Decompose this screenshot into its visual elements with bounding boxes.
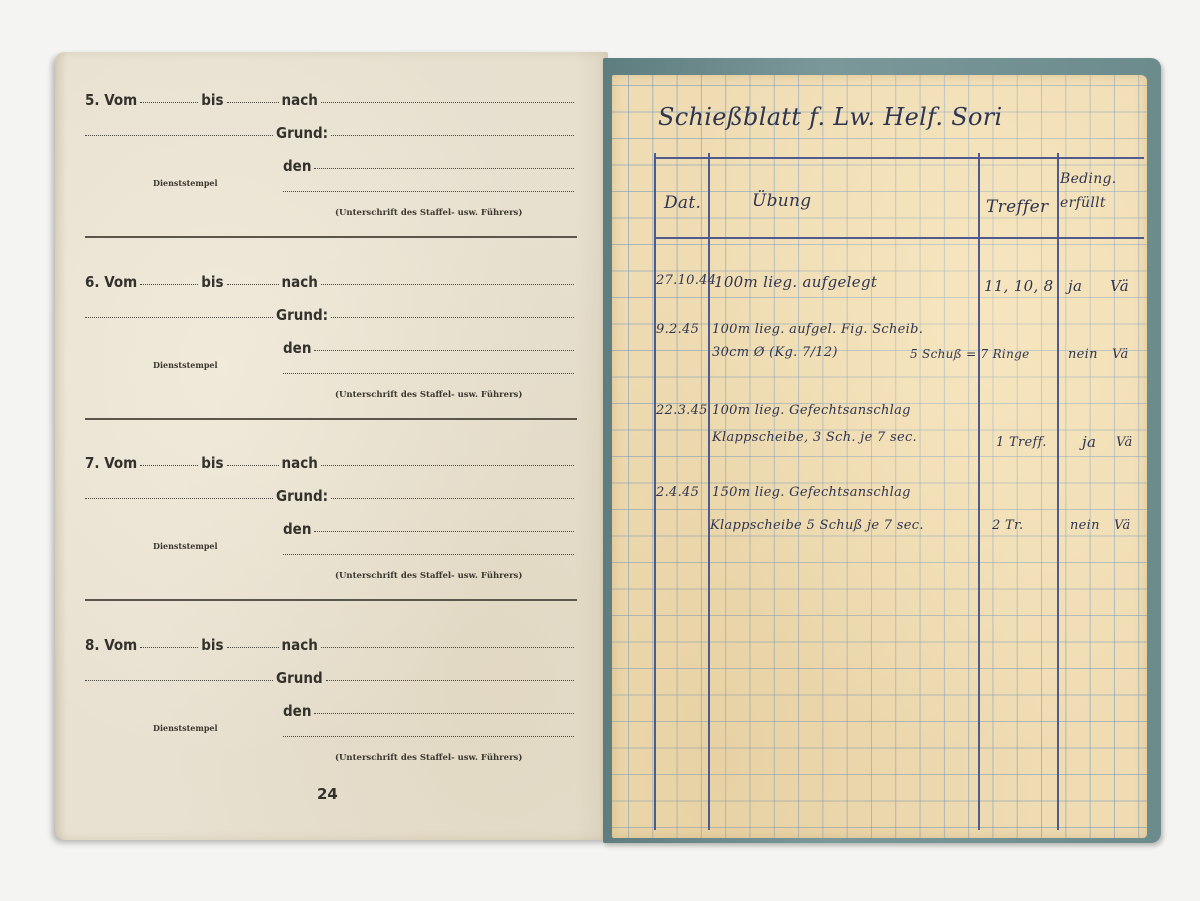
row-4-exercise-line2: Klappscheibe 5 Schuß je 7 sec. <box>710 518 924 533</box>
row-4-exercise-line1: 150m lieg. Gefechtsanschlag <box>712 485 911 500</box>
row-2-exercise-line1: 100m lieg. aufgel. Fig. Scheib. <box>712 322 923 337</box>
reason-row: Grund: <box>85 124 577 142</box>
date-label: den <box>283 339 311 357</box>
destination-field[interactable] <box>321 465 574 466</box>
date-range-row: 7. Vom bis nach <box>85 454 577 472</box>
column-header-exercise: Übung <box>752 191 812 211</box>
row-2-exercise-line2: 30cm Ø (Kg. 7/12) <box>712 345 838 360</box>
signature-caption: (Unterschrift des Staffel- usw. Führers) <box>335 208 522 218</box>
reason-label: Grund: <box>276 306 328 324</box>
reason-label: Grund: <box>276 124 328 142</box>
stamp-label: Dienststempel <box>153 541 218 551</box>
from-label: Vom <box>104 91 137 109</box>
row-2-fulfilled: nein <box>1068 347 1098 362</box>
date-field[interactable] <box>314 713 574 714</box>
signature-caption: (Unterschrift des Staffel- usw. Führers) <box>335 390 522 400</box>
column-divider-date <box>708 153 710 830</box>
signature-caption: (Unterschrift des Staffel- usw. Führers) <box>335 753 522 763</box>
row-4-hits: 2 Tr. <box>992 518 1024 533</box>
header-divider <box>654 237 1144 239</box>
row-3-exercise-line2: Klappscheibe, 3 Sch. je 7 sec. <box>712 430 917 445</box>
column-divider-exercise <box>978 153 980 830</box>
row-4-fulfilled: nein <box>1070 518 1100 533</box>
from-field[interactable] <box>140 102 198 103</box>
destination-field[interactable] <box>321 102 574 103</box>
form-section-5: 5. Vom bis nach Grund: den Dienststempel… <box>85 56 577 238</box>
signature-field[interactable] <box>283 736 574 737</box>
row-2-initials: Vä <box>1112 347 1129 362</box>
stamp-label: Dienststempel <box>153 723 218 733</box>
date-range-row: 5. Vom bis nach <box>85 91 577 109</box>
row-3-date: 22.3.45 <box>656 403 708 418</box>
to-label: bis <box>201 636 223 654</box>
to-field[interactable] <box>227 465 279 466</box>
signature-row <box>85 193 577 194</box>
row-1-exercise: 100m lieg. aufgelegt <box>714 273 877 291</box>
destination-label: nach <box>282 454 318 472</box>
row-1-initials: Vä <box>1110 277 1129 295</box>
date-field[interactable] <box>314 168 574 169</box>
row-3-hits: 1 Treff. <box>996 435 1047 450</box>
row-1-hits: 11, 10, 8 <box>984 277 1054 295</box>
row-1-fulfilled: ja <box>1068 277 1082 295</box>
destination-field[interactable] <box>321 647 574 648</box>
date-row: den <box>85 339 577 357</box>
signature-field[interactable] <box>283 554 574 555</box>
to-label: bis <box>201 454 223 472</box>
date-row: den <box>85 157 577 175</box>
from-field[interactable] <box>140 647 198 648</box>
to-field[interactable] <box>227 284 279 285</box>
destination-label: nach <box>282 273 318 291</box>
reason-label: Grund <box>276 669 323 687</box>
column-header-hits: Treffer <box>986 197 1048 217</box>
destination-label: nach <box>282 636 318 654</box>
row-3-exercise-line1: 100m lieg. Gefechtsanschlag <box>712 403 911 418</box>
date-field[interactable] <box>314 350 574 351</box>
to-label: bis <box>201 91 223 109</box>
row-2-hits: 5 Schuß = 7 Ringe <box>910 347 1029 361</box>
destination-continued-field[interactable] <box>85 317 273 318</box>
row-4-initials: Vä <box>1114 518 1131 533</box>
reason-row: Grund <box>85 669 577 687</box>
from-label: Vom <box>104 273 137 291</box>
reason-field[interactable] <box>326 680 574 681</box>
column-header-fulfilled: Beding. erfüllt <box>1060 167 1142 215</box>
date-range-row: 6. Vom bis nach <box>85 273 577 291</box>
date-field[interactable] <box>314 531 574 532</box>
destination-continued-field[interactable] <box>85 498 273 499</box>
reason-field[interactable] <box>331 317 574 318</box>
destination-continued-field[interactable] <box>85 135 273 136</box>
form-section-8: 8. Vom bis nach Grund den Dienststempel … <box>85 601 577 783</box>
date-range-row: 8. Vom bis nach <box>85 636 577 654</box>
section-index: 6. <box>85 273 100 291</box>
row-4-date: 2.4.45 <box>656 485 699 500</box>
to-field[interactable] <box>227 102 279 103</box>
form-section-6: 6. Vom bis nach Grund: den Dienststempel… <box>85 238 577 420</box>
row-3-fulfilled: ja <box>1082 433 1096 451</box>
to-label: bis <box>201 273 223 291</box>
from-label: Vom <box>104 636 137 654</box>
form-section-7: 7. Vom bis nach Grund: den Dienststempel… <box>85 419 577 601</box>
section-index: 7. <box>85 454 100 472</box>
from-field[interactable] <box>140 465 198 466</box>
reason-row: Grund: <box>85 487 577 505</box>
reason-label: Grund: <box>276 487 328 505</box>
reason-field[interactable] <box>331 498 574 499</box>
date-label: den <box>283 520 311 538</box>
reason-field[interactable] <box>331 135 574 136</box>
section-index: 8. <box>85 636 100 654</box>
signature-field[interactable] <box>283 191 574 192</box>
from-field[interactable] <box>140 284 198 285</box>
page-number: 24 <box>317 785 338 803</box>
row-2-date: 9.2.45 <box>656 322 699 337</box>
from-label: Vom <box>104 454 137 472</box>
table-border-top <box>654 157 1144 159</box>
row-3-initials: Vä <box>1116 435 1133 450</box>
right-page-shooting-record: Schießblatt f. Lw. Helf. Sori Dat. Übung… <box>612 75 1147 838</box>
column-divider-hits <box>1057 153 1059 830</box>
left-page: 5. Vom bis nach Grund: den Dienststempel… <box>55 52 608 840</box>
column-header-date: Dat. <box>664 193 701 213</box>
date-label: den <box>283 702 311 720</box>
section-index: 5. <box>85 91 100 109</box>
signature-row <box>85 738 577 739</box>
date-row: den <box>85 702 577 720</box>
page-title: Schießblatt f. Lw. Helf. Sori <box>658 103 1003 131</box>
date-row: den <box>85 520 577 538</box>
stamp-label: Dienststempel <box>153 360 218 370</box>
reason-row: Grund: <box>85 306 577 324</box>
date-label: den <box>283 157 311 175</box>
to-field[interactable] <box>227 647 279 648</box>
signature-row <box>85 375 577 376</box>
destination-label: nach <box>282 91 318 109</box>
destination-continued-field[interactable] <box>85 680 273 681</box>
signature-field[interactable] <box>283 373 574 374</box>
stamp-label: Dienststempel <box>153 178 218 188</box>
signature-row <box>85 556 577 557</box>
destination-field[interactable] <box>321 284 574 285</box>
row-1-date: 27.10.44 <box>656 273 716 288</box>
signature-caption: (Unterschrift des Staffel- usw. Führers) <box>335 571 522 581</box>
